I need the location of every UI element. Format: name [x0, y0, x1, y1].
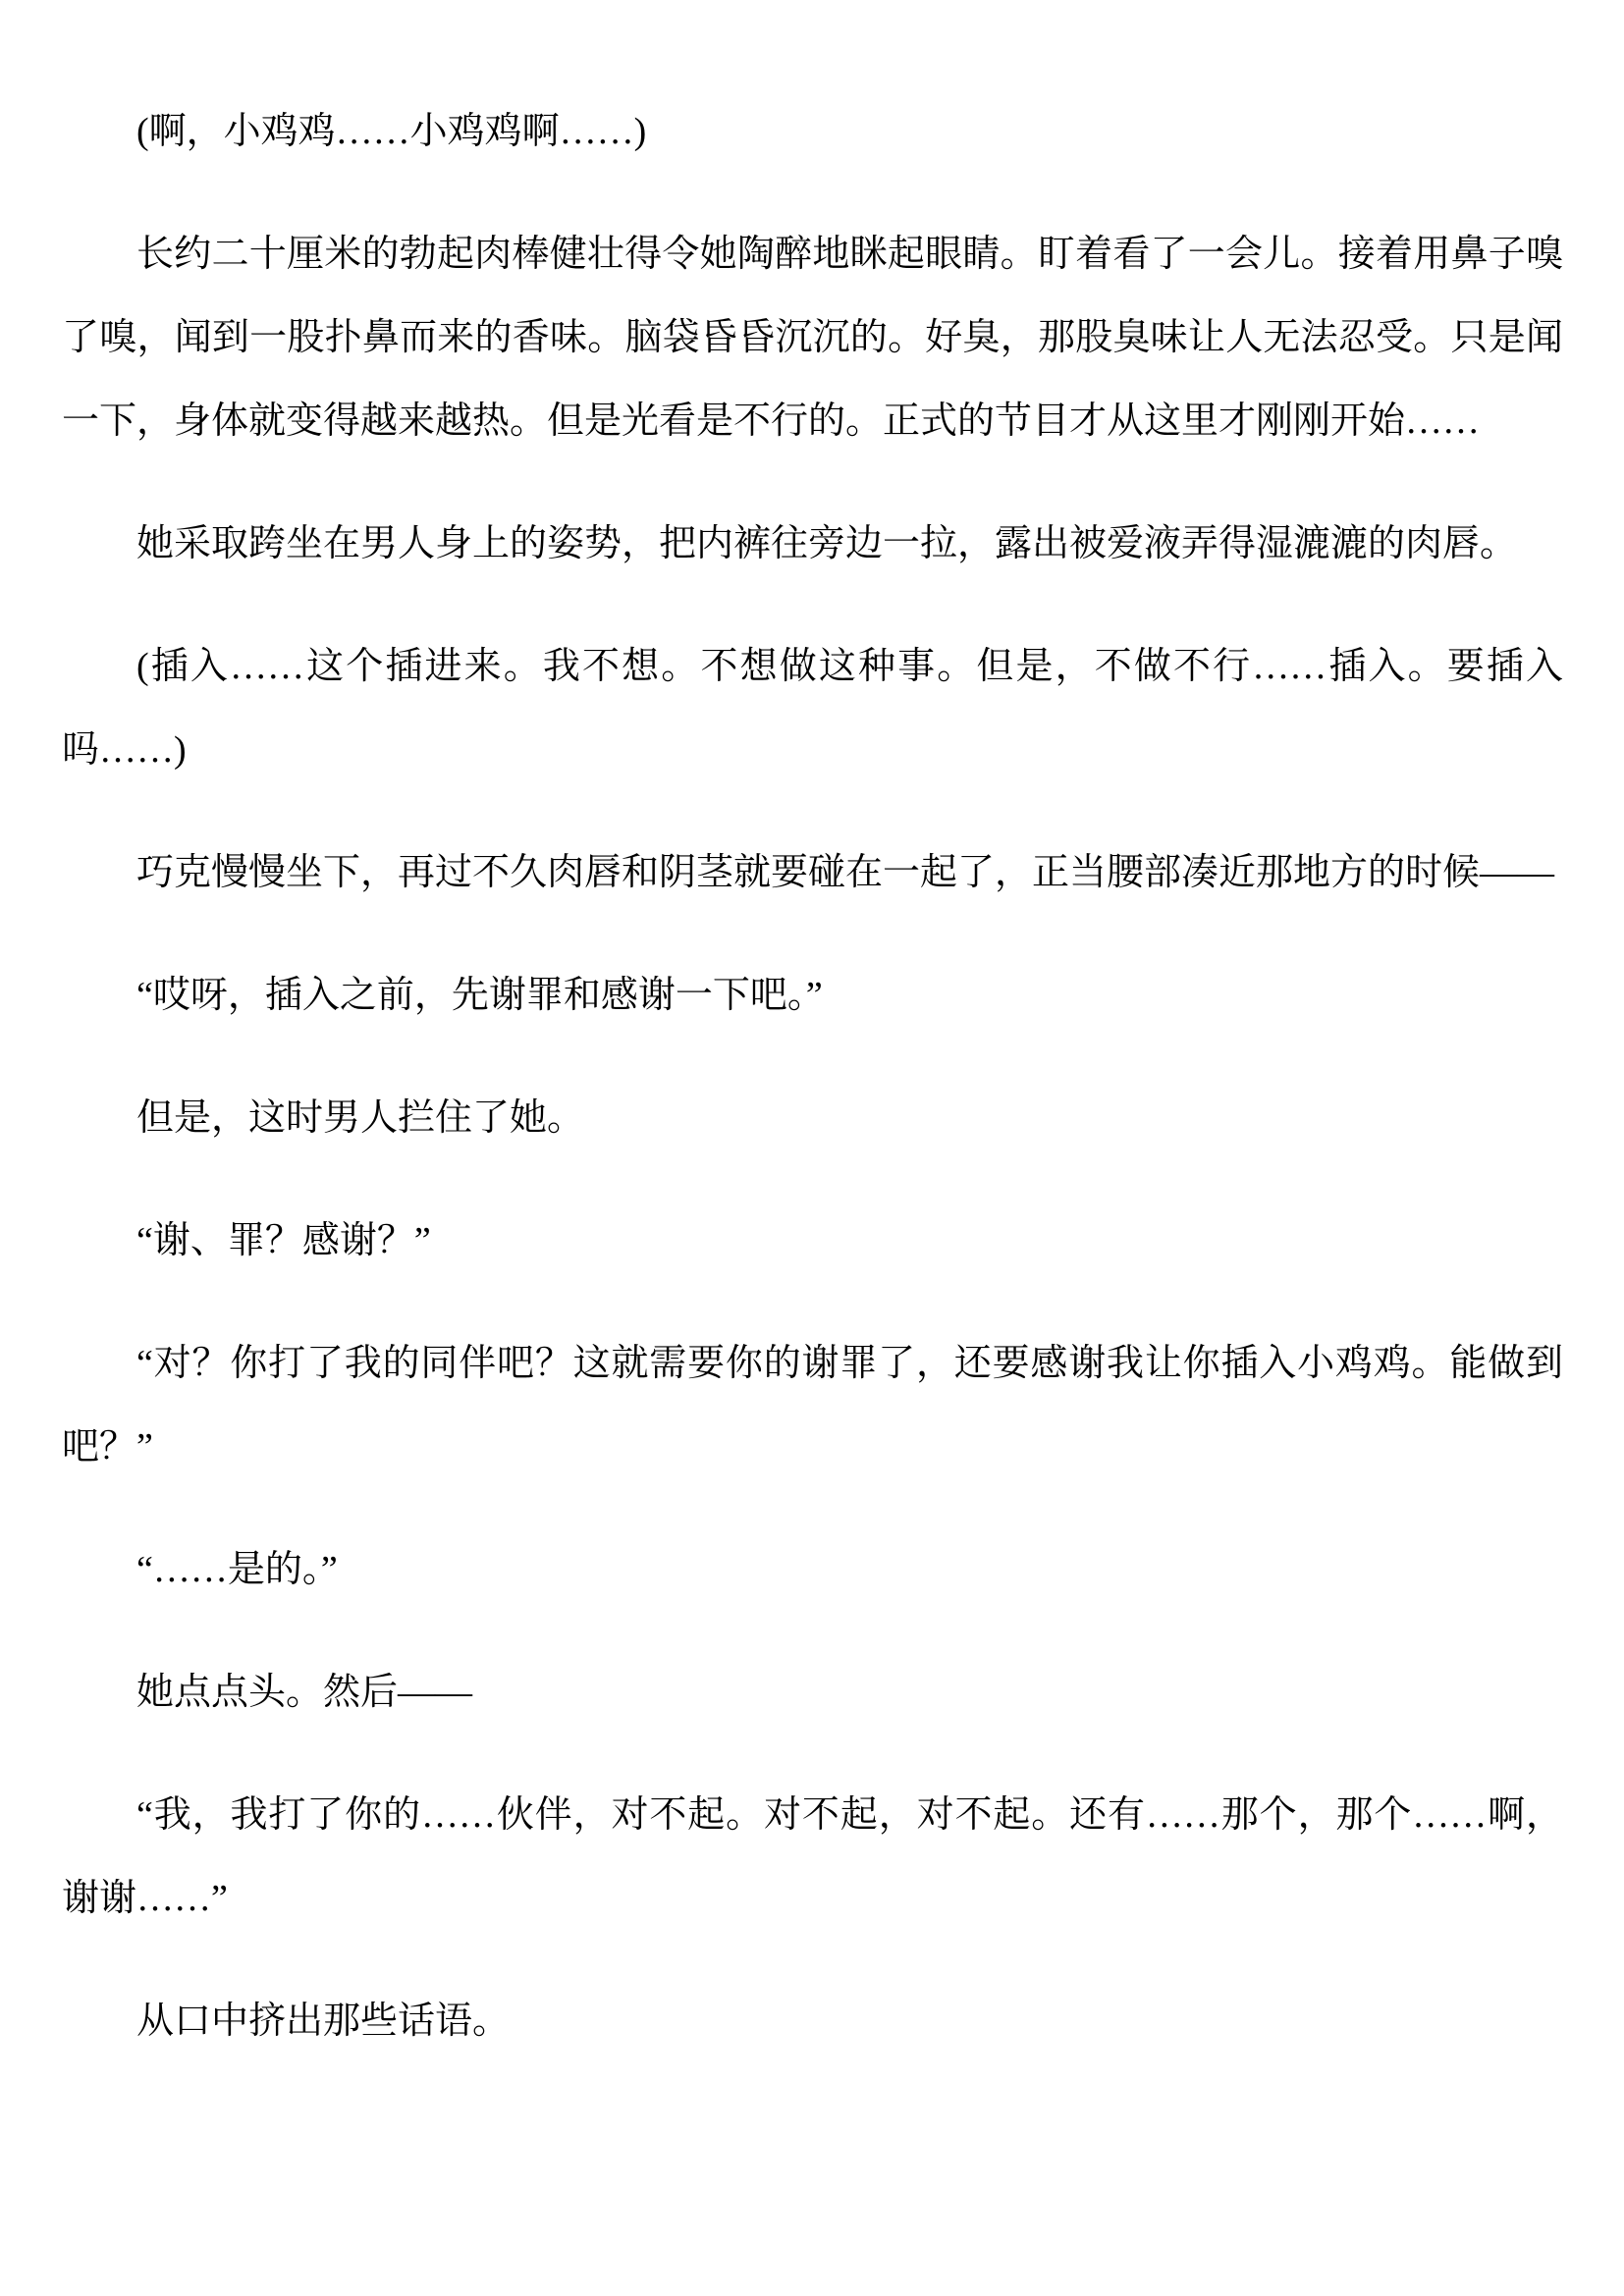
paragraph-inner-monologue: (啊，小鸡鸡……小鸡鸡啊……)	[62, 90, 1563, 174]
paragraph-dialogue: “对？你打了我的同伴吧？这就需要你的谢罪了，还要感谢我让你插入小鸡鸡。能做到吧？…	[62, 1322, 1563, 1489]
paragraph-dialogue: “我，我打了你的……伙伴，对不起。对不起，对不起。还有……那个，那个……啊，谢谢…	[62, 1774, 1563, 1941]
paragraph-narration: 从口中挤出那些话语。	[62, 1980, 1563, 2063]
paragraph-narration: 长约二十厘米的勃起肉棒健壮得令她陶醉地眯起眼睛。盯着看了一会儿。接着用鼻子嗅了嗅…	[62, 213, 1563, 463]
paragraph-narration: 巧克慢慢坐下，再过不久肉唇和阴茎就要碰在一起了，正当腰部凑近那地方的时候——	[62, 831, 1563, 915]
paragraph-narration: 她点点头。然后——	[62, 1651, 1563, 1735]
paragraph-narration: 她采取跨坐在男人身上的姿势，把内裤往旁边一拉，露出被爱液弄得湿漉漉的肉唇。	[62, 503, 1563, 586]
document-page: (啊，小鸡鸡……小鸡鸡啊……) 长约二十厘米的勃起肉棒健壮得令她陶醉地眯起眼睛。…	[0, 0, 1624, 2296]
paragraph-narration: 但是，这时男人拦住了她。	[62, 1077, 1563, 1160]
paragraph-dialogue: “哎呀，插入之前，先谢罪和感谢一下吧。”	[62, 954, 1563, 1038]
paragraph-dialogue: “谢、罪？感谢？”	[62, 1200, 1563, 1283]
paragraph-inner-monologue: (插入……这个插进来。我不想。不想做这种事。但是，不做不行……插入。要插入吗………	[62, 625, 1563, 792]
paragraph-dialogue: “……是的。”	[62, 1528, 1563, 1612]
